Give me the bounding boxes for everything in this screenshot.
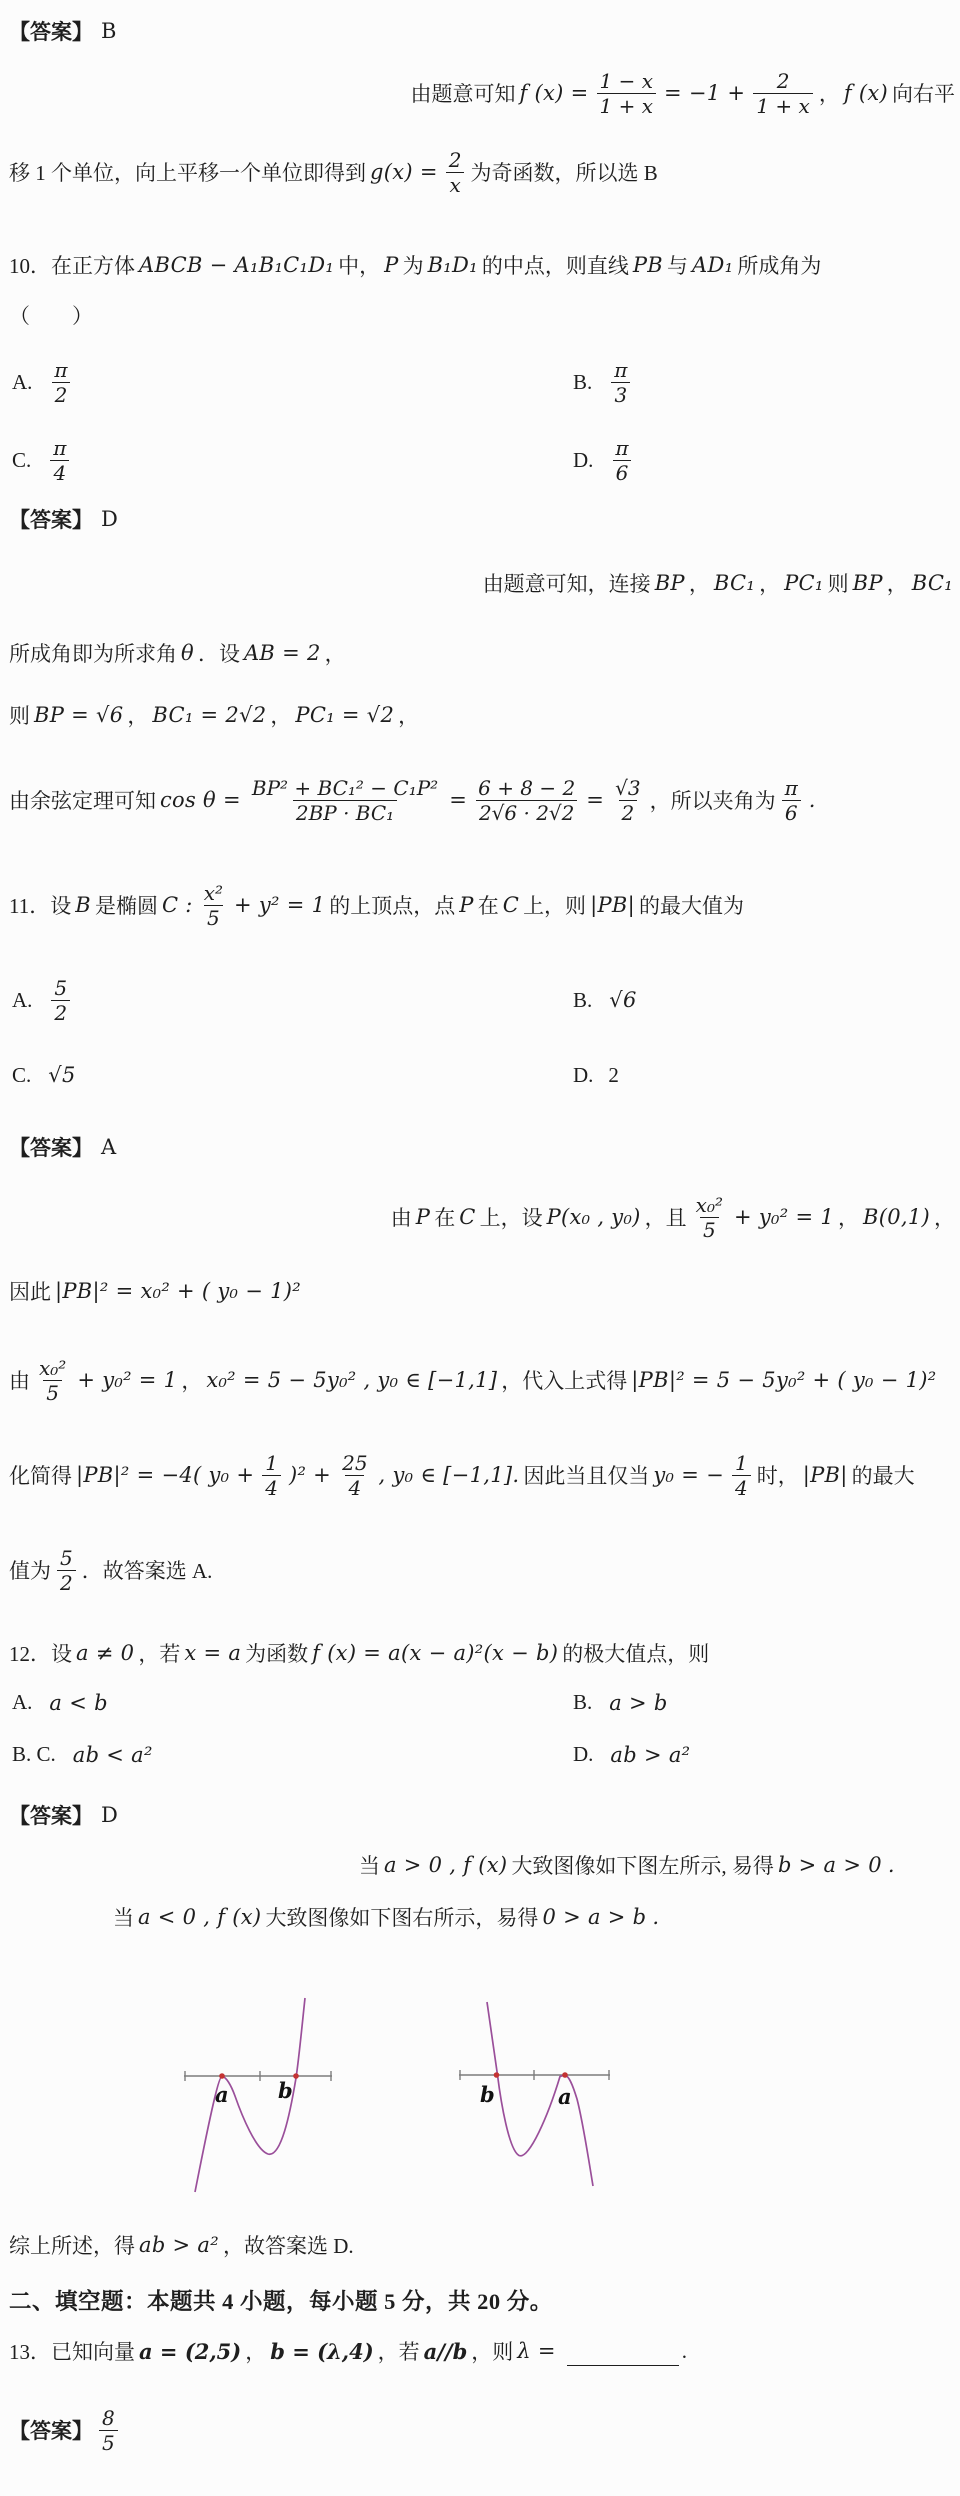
- math-run: , y₀ ∈ [−1,1].: [379, 1463, 520, 1487]
- math-run: f (x) = a(x − a)²(x − b): [312, 1641, 558, 1665]
- q12-option-c: B. C. ab < a²: [12, 1742, 156, 1767]
- math-run: g(x) =: [370, 160, 438, 184]
- math-run: P: [459, 893, 473, 917]
- math-run: BC₁: [912, 571, 953, 595]
- option-letter: A.: [12, 370, 32, 395]
- answer-label: 【答案】: [9, 1132, 93, 1162]
- text-run: 由题意可知: [410, 78, 515, 108]
- text-run: ，: [127, 700, 148, 730]
- math-run: a < 0 , f (x): [138, 1905, 261, 1929]
- text-run: 13．已知向量: [9, 2336, 135, 2366]
- fraction: 52: [51, 976, 70, 1025]
- math-run: C: [503, 893, 519, 917]
- text-run: 大致图像如下图左所示, 易得: [511, 1850, 774, 1880]
- text-run: 上，设: [480, 1202, 543, 1232]
- solution-11-line-3: 由 x₀²5 + y₀² = 1 ， x₀² = 5 − 5y₀² , y₀ ∈…: [8, 1336, 939, 1424]
- fraction-denominator: 2√6 · 2√2: [476, 800, 577, 825]
- math-run: λ =: [517, 2339, 555, 2363]
- fraction-denominator: 4: [345, 1475, 364, 1500]
- text-run: ，故答案选 D.: [223, 2230, 354, 2260]
- fraction: 6 + 8 − 22√6 · 2√2: [475, 776, 578, 825]
- math-run: PC₁ = √2: [295, 703, 394, 727]
- solution-12-conclusion: 综上所述，得 ab > a² ，故答案选 D.: [8, 2230, 355, 2260]
- text-run: 的上顶点，点: [329, 890, 455, 920]
- root-dot-b: [494, 2072, 500, 2078]
- math-run: a > 0 , f (x): [384, 1853, 507, 1877]
- math-run: AB = 2: [244, 641, 321, 665]
- text-run: 中，: [338, 250, 380, 280]
- fraction: BP² + BC₁² − C₁P²2BP · BC₁: [249, 776, 441, 825]
- math-run: θ: [181, 641, 194, 665]
- q11-option-a: A. 52: [12, 964, 75, 1036]
- text-run: ，: [181, 1365, 202, 1395]
- math-run: )² +: [289, 1463, 331, 1487]
- answer-label: 【答案】: [9, 1800, 93, 1830]
- text-run: 大致图像如下图右所示，易得: [265, 1902, 538, 1932]
- graph-right-label-a: a: [558, 2084, 572, 2109]
- solution-9-line-1: 由题意可知 f (x) = 1 − x1 + x = −1 + 21 + x ，…: [409, 55, 956, 131]
- math-run: a > b: [609, 1691, 667, 1715]
- fraction: 2x: [446, 148, 465, 197]
- solution-12-line-2: 当 a < 0 , f (x) 大致图像如下图右所示，易得 0 > a > b …: [112, 1902, 662, 1932]
- math-run: BP = √6: [34, 703, 123, 727]
- answer-11: 【答案】A: [8, 1132, 116, 1162]
- text-run: 值为: [9, 1555, 51, 1585]
- text-run: 时，: [757, 1460, 799, 1490]
- fraction: x²5: [201, 881, 226, 930]
- text-run: 在: [478, 890, 499, 920]
- text-run: ，: [819, 78, 840, 108]
- root-dot-a: [219, 2073, 225, 2079]
- math-run: ab < a²: [73, 1743, 153, 1767]
- text-run: ，: [934, 1202, 955, 1232]
- text-run: ，且: [645, 1202, 687, 1232]
- fraction-denominator: x: [446, 172, 463, 197]
- math-run: .: [888, 1853, 895, 1877]
- math-run: .: [809, 788, 816, 812]
- math-run: =: [586, 788, 604, 812]
- fraction-numerator: 5: [57, 1546, 76, 1570]
- answer-blank: [567, 2344, 679, 2366]
- math-run: BC₁ = 2√2: [152, 703, 266, 727]
- math-run: √6: [609, 988, 636, 1012]
- text-run: 因此当且仅当: [523, 1460, 649, 1490]
- fraction: π2: [51, 358, 70, 407]
- fraction-numerator: x₀²: [693, 1193, 726, 1217]
- fraction-denominator: 2: [619, 800, 638, 825]
- text-run: 上，则: [523, 890, 586, 920]
- fraction-denominator: 6: [613, 460, 632, 485]
- graph-left-label-b: b: [278, 2078, 293, 2103]
- math-run: |PB|² = x₀² + ( y₀ − 1)²: [55, 1279, 301, 1303]
- text-run: 所成角即为所求角: [9, 638, 177, 668]
- math-run: + y² = 1: [234, 893, 325, 917]
- answer-9: 【答案】B: [8, 16, 116, 46]
- option-letter: D.: [573, 1063, 593, 1088]
- text-run: ，: [398, 700, 419, 730]
- solution-11-line-4: 化简得 |PB|² = −4( y₀ + 14 )² + 254 , y₀ ∈ …: [8, 1430, 916, 1520]
- text-run: 10．在正方体: [9, 250, 135, 280]
- fraction: 14: [262, 1451, 281, 1500]
- fraction-numerator: 2: [774, 69, 793, 93]
- fraction-numerator: π: [782, 776, 801, 800]
- fraction-denominator: 2: [52, 382, 71, 407]
- fraction-denominator: 4: [50, 460, 69, 485]
- fraction-numerator: 6 + 8 − 2: [475, 776, 578, 800]
- text-run: 2: [608, 1063, 619, 1088]
- root-dot-b: [293, 2073, 299, 2079]
- answer-13: 【答案】 85: [8, 2384, 123, 2476]
- math-run: |PB|: [590, 893, 635, 917]
- fraction-denominator: 4: [262, 1475, 281, 1500]
- text-run: ．设: [198, 638, 240, 668]
- text-run: 则: [9, 700, 30, 730]
- text-run: 化简得: [9, 1460, 72, 1490]
- option-letter: A.: [12, 988, 32, 1013]
- math-run: + y₀² = 1: [734, 1205, 834, 1229]
- fraction-denominator: 1 + x: [753, 93, 812, 118]
- fraction: 254: [339, 1451, 370, 1500]
- fraction-numerator: 8: [99, 2406, 118, 2430]
- option-letter: C.: [12, 1063, 31, 1088]
- fraction-numerator: x₀²: [36, 1356, 69, 1380]
- solution-11-line-5: 值为 52 ．故答案选 A.: [8, 1524, 213, 1616]
- answer-label: 【答案】: [9, 16, 93, 46]
- text-run: 与: [667, 250, 688, 280]
- solution-11-line-2: 因此 |PB|² = x₀² + ( y₀ − 1)²: [8, 1276, 304, 1306]
- solution-11-line-1: 由 P 在 C 上，设 P(x₀ , y₀) ，且 x₀²5 + y₀² = 1…: [390, 1172, 956, 1262]
- text-run: 由: [391, 1202, 412, 1232]
- text-run: ，则: [471, 2336, 513, 2366]
- math-run: a = (2,5): [139, 2339, 241, 2364]
- fraction-numerator: π: [50, 436, 69, 460]
- math-run: B₁D₁: [428, 253, 478, 277]
- text-run: ，: [759, 568, 780, 598]
- question-11: 11．设 B 是椭圆 C : x²5 + y² = 1 的上顶点，点 P 在 C…: [8, 863, 745, 947]
- q12-option-a: A. a < b: [12, 1690, 111, 1715]
- fraction: π6: [782, 776, 801, 825]
- text-run: 为函数: [245, 1638, 308, 1668]
- text-run: ，: [245, 2336, 266, 2366]
- math-run: |PB|² = −4( y₀ +: [76, 1463, 254, 1487]
- fraction: 21 + x: [753, 69, 812, 118]
- q11-option-c: C. √5: [12, 1051, 79, 1099]
- math-run: f (x) =: [519, 81, 588, 105]
- text-run: 因此: [9, 1276, 51, 1306]
- fraction-denominator: 4: [732, 1475, 751, 1500]
- graph-right-label-b: b: [480, 2082, 495, 2107]
- math-run: = −1 +: [664, 81, 745, 105]
- fraction-denominator: 1 + x: [597, 93, 656, 118]
- answer-value: A: [101, 1135, 116, 1159]
- fraction-denominator: 3: [611, 382, 630, 407]
- text-run: 综上所述，得: [9, 2230, 135, 2260]
- answer-value: D: [101, 507, 118, 531]
- math-run: y₀ = −: [653, 1463, 724, 1487]
- math-run: f (x): [844, 81, 888, 105]
- fraction-numerator: π: [611, 358, 630, 382]
- answer-value: B: [101, 19, 116, 43]
- solution-9-line-2: 移 1 个单位，向上平移一个单位即得到 g(x) = 2x 为奇函数，所以选 B: [8, 133, 659, 211]
- math-run: b = (λ,4): [270, 2339, 373, 2364]
- text-run: ，: [838, 1202, 859, 1232]
- math-run: 0 > a > b: [542, 1905, 646, 1929]
- text-run: 的最大: [852, 1460, 915, 1490]
- cubic-curve: [487, 2002, 593, 2186]
- text-run: .: [682, 2339, 687, 2364]
- answer-10: 【答案】D: [8, 504, 118, 534]
- math-run: P: [384, 253, 398, 277]
- math-run: BP: [853, 571, 883, 595]
- math-run: .: [652, 1905, 659, 1929]
- text-run: 的极大值点，则: [562, 1638, 709, 1668]
- fraction-denominator: 2: [51, 1000, 70, 1025]
- option-letter: B.: [573, 370, 592, 395]
- text-run: ，代入上式得: [501, 1365, 627, 1395]
- q12-option-b: B. a > b: [573, 1690, 671, 1715]
- fraction-numerator: BP² + BC₁² − C₁P²: [249, 776, 441, 800]
- math-run: x = a: [184, 1641, 241, 1665]
- fraction: x₀²5: [36, 1356, 69, 1405]
- text-run: ，: [689, 568, 710, 598]
- math-run: AD₁: [692, 253, 733, 277]
- text-run: 的最大值为: [639, 890, 744, 920]
- text-run: 为奇函数，所以选 B: [470, 157, 657, 187]
- fraction: π6: [612, 436, 631, 485]
- fraction: 85: [99, 2406, 118, 2455]
- q11-option-d: D. 2: [573, 1051, 620, 1099]
- cubic-graph-left: a b: [178, 1988, 338, 2200]
- option-letter: D.: [573, 448, 593, 473]
- fraction: √32: [612, 776, 643, 825]
- question-12: 12．设 a ≠ 0 ，若 x = a 为函数 f (x) = a(x − a)…: [8, 1638, 710, 1668]
- q11-option-b: B. √6: [573, 964, 640, 1036]
- q10-option-b: B. π3: [573, 348, 635, 416]
- fraction: x₀²5: [693, 1193, 726, 1242]
- text-run: 为: [403, 250, 424, 280]
- answer-label: 【答案】: [9, 2415, 93, 2445]
- fraction-numerator: 1: [732, 1451, 751, 1475]
- math-run: P: [416, 1205, 430, 1229]
- text-run: ，: [887, 568, 908, 598]
- fraction-numerator: 2: [446, 148, 465, 172]
- question-13: 13．已知向量 a = (2,5) ， b = (λ,4) ，若 a//b ，则…: [8, 2336, 688, 2366]
- fraction-denominator: 5: [700, 1217, 719, 1242]
- text-run: 由: [9, 1365, 30, 1395]
- math-run: P(x₀ , y₀): [547, 1205, 641, 1229]
- text-run: ，若: [378, 2336, 420, 2366]
- solution-10-cosine-line: 由余弦定理可知 cos θ = BP² + BC₁² − C₁P²2BP · B…: [8, 752, 819, 848]
- fraction-denominator: 5: [204, 905, 223, 930]
- fraction-numerator: π: [612, 436, 631, 460]
- q10-option-a: A. π2: [12, 348, 76, 416]
- text-run: 则: [828, 568, 849, 598]
- cubic-graph-right: b a: [452, 1988, 616, 2200]
- text-run: 当: [359, 1850, 380, 1880]
- text-run: 向右平: [892, 78, 955, 108]
- option-letter: B.: [573, 1690, 592, 1715]
- math-run: |PB|² = 5 − 5y₀² + ( y₀ − 1)²: [631, 1368, 936, 1392]
- text-run: 是椭圆: [95, 890, 158, 920]
- text-run: 11．设: [9, 890, 71, 920]
- option-letter: C.: [12, 448, 31, 473]
- answer-12: 【答案】D: [8, 1800, 118, 1830]
- q10-option-c: C. π4: [12, 426, 74, 494]
- text-run: ，: [325, 638, 346, 668]
- math-run: B(0,1): [863, 1205, 930, 1229]
- fraction-denominator: 5: [43, 1380, 62, 1405]
- fraction-numerator: 1: [262, 1451, 281, 1475]
- math-run: PC₁: [784, 571, 824, 595]
- text-run: ，: [270, 700, 291, 730]
- math-run: + y₀² = 1: [77, 1368, 177, 1392]
- math-run: ab > a²: [610, 1743, 690, 1767]
- fraction-denominator: 5: [99, 2430, 118, 2455]
- question-10: 10．在正方体 ABCB − A₁B₁C₁D₁ 中， P 为 B₁D₁ 的中点，…: [8, 250, 822, 280]
- math-run: ab > a²: [139, 2233, 219, 2257]
- text-run: （ ）: [9, 300, 93, 330]
- option-letter: B.: [573, 988, 592, 1013]
- math-run: |PB|: [803, 1463, 848, 1487]
- option-letter: A.: [12, 1690, 32, 1715]
- math-run: x₀² = 5 − 5y₀² , y₀ ∈ [−1,1]: [206, 1368, 497, 1392]
- option-letter: D.: [573, 1742, 593, 1767]
- fraction-denominator: 2: [57, 1570, 76, 1595]
- solution-12-line-1: 当 a > 0 , f (x) 大致图像如下图左所示, 易得 b > a > 0…: [358, 1850, 898, 1880]
- solution-10-line-3: 则 BP = √6 ， BC₁ = 2√2 ， PC₁ = √2 ，: [8, 700, 420, 730]
- math-run: C :: [162, 893, 193, 917]
- fraction-numerator: 25: [339, 1451, 370, 1475]
- text-run: 所成角为: [737, 250, 821, 280]
- answer-label: 【答案】: [9, 504, 93, 534]
- text-run: ，若: [138, 1638, 180, 1668]
- math-run: B: [75, 893, 91, 917]
- math-run: a ≠ 0: [76, 1641, 134, 1665]
- question-10-paren: （ ）: [8, 300, 94, 330]
- q10-option-d: D. π6: [573, 426, 637, 494]
- math-run: √5: [48, 1063, 75, 1087]
- section-title: 二、填空题：本题共 4 小题，每小题 5 分，共 20 分。: [9, 2284, 553, 2316]
- fraction-numerator: 5: [51, 976, 70, 1000]
- fraction-numerator: 1 − x: [597, 69, 656, 93]
- text-run: 12．设: [9, 1638, 72, 1668]
- fraction: 14: [732, 1451, 751, 1500]
- text-run: 由题意可知，连接: [483, 568, 651, 598]
- math-run: b > a > 0: [778, 1853, 882, 1877]
- section-2-header: 二、填空题：本题共 4 小题，每小题 5 分，共 20 分。: [8, 2284, 554, 2316]
- math-run: C: [459, 1205, 475, 1229]
- option-letter: B. C.: [12, 1742, 56, 1767]
- answer-value: D: [101, 1803, 118, 1827]
- root-dot-a: [562, 2072, 568, 2078]
- math-run: cos θ =: [160, 788, 241, 812]
- fraction-denominator: 2BP · BC₁: [293, 800, 397, 825]
- fraction: π3: [611, 358, 630, 407]
- fraction: π4: [50, 436, 69, 485]
- math-run: BC₁: [714, 571, 755, 595]
- math-run: =: [449, 788, 467, 812]
- q12-option-d: D. ab > a²: [573, 1742, 693, 1767]
- fraction: 1 − x1 + x: [597, 69, 656, 118]
- fraction-numerator: π: [51, 358, 70, 382]
- math-run: ABCB − A₁B₁C₁D₁: [139, 253, 334, 277]
- text-run: 在: [434, 1202, 455, 1232]
- math-run: BP: [655, 571, 685, 595]
- solution-10-line-1: 由题意可知，连接 BP ， BC₁ ， PC₁ 则 BP ， BC₁: [482, 568, 956, 598]
- text-run: 由余弦定理可知: [9, 785, 156, 815]
- text-run: ，所以夹角为: [650, 785, 776, 815]
- fraction-numerator: x²: [201, 881, 226, 905]
- text-run: 移 1 个单位，向上平移一个单位即得到: [9, 157, 366, 187]
- solution-10-line-2: 所成角即为所求角 θ ．设 AB = 2 ，: [8, 638, 347, 668]
- math-run: a < b: [49, 1691, 107, 1715]
- fraction-denominator: 6: [782, 800, 801, 825]
- fraction-numerator: √3: [612, 776, 643, 800]
- text-run: 的中点，则直线: [482, 250, 629, 280]
- fraction: 52: [57, 1546, 76, 1595]
- text-run: ．故答案选 A.: [82, 1555, 213, 1585]
- math-run: PB: [633, 253, 663, 277]
- text-run: 当: [113, 1902, 134, 1932]
- graph-left-label-a: a: [215, 2082, 229, 2107]
- math-run: a//b: [424, 2339, 468, 2364]
